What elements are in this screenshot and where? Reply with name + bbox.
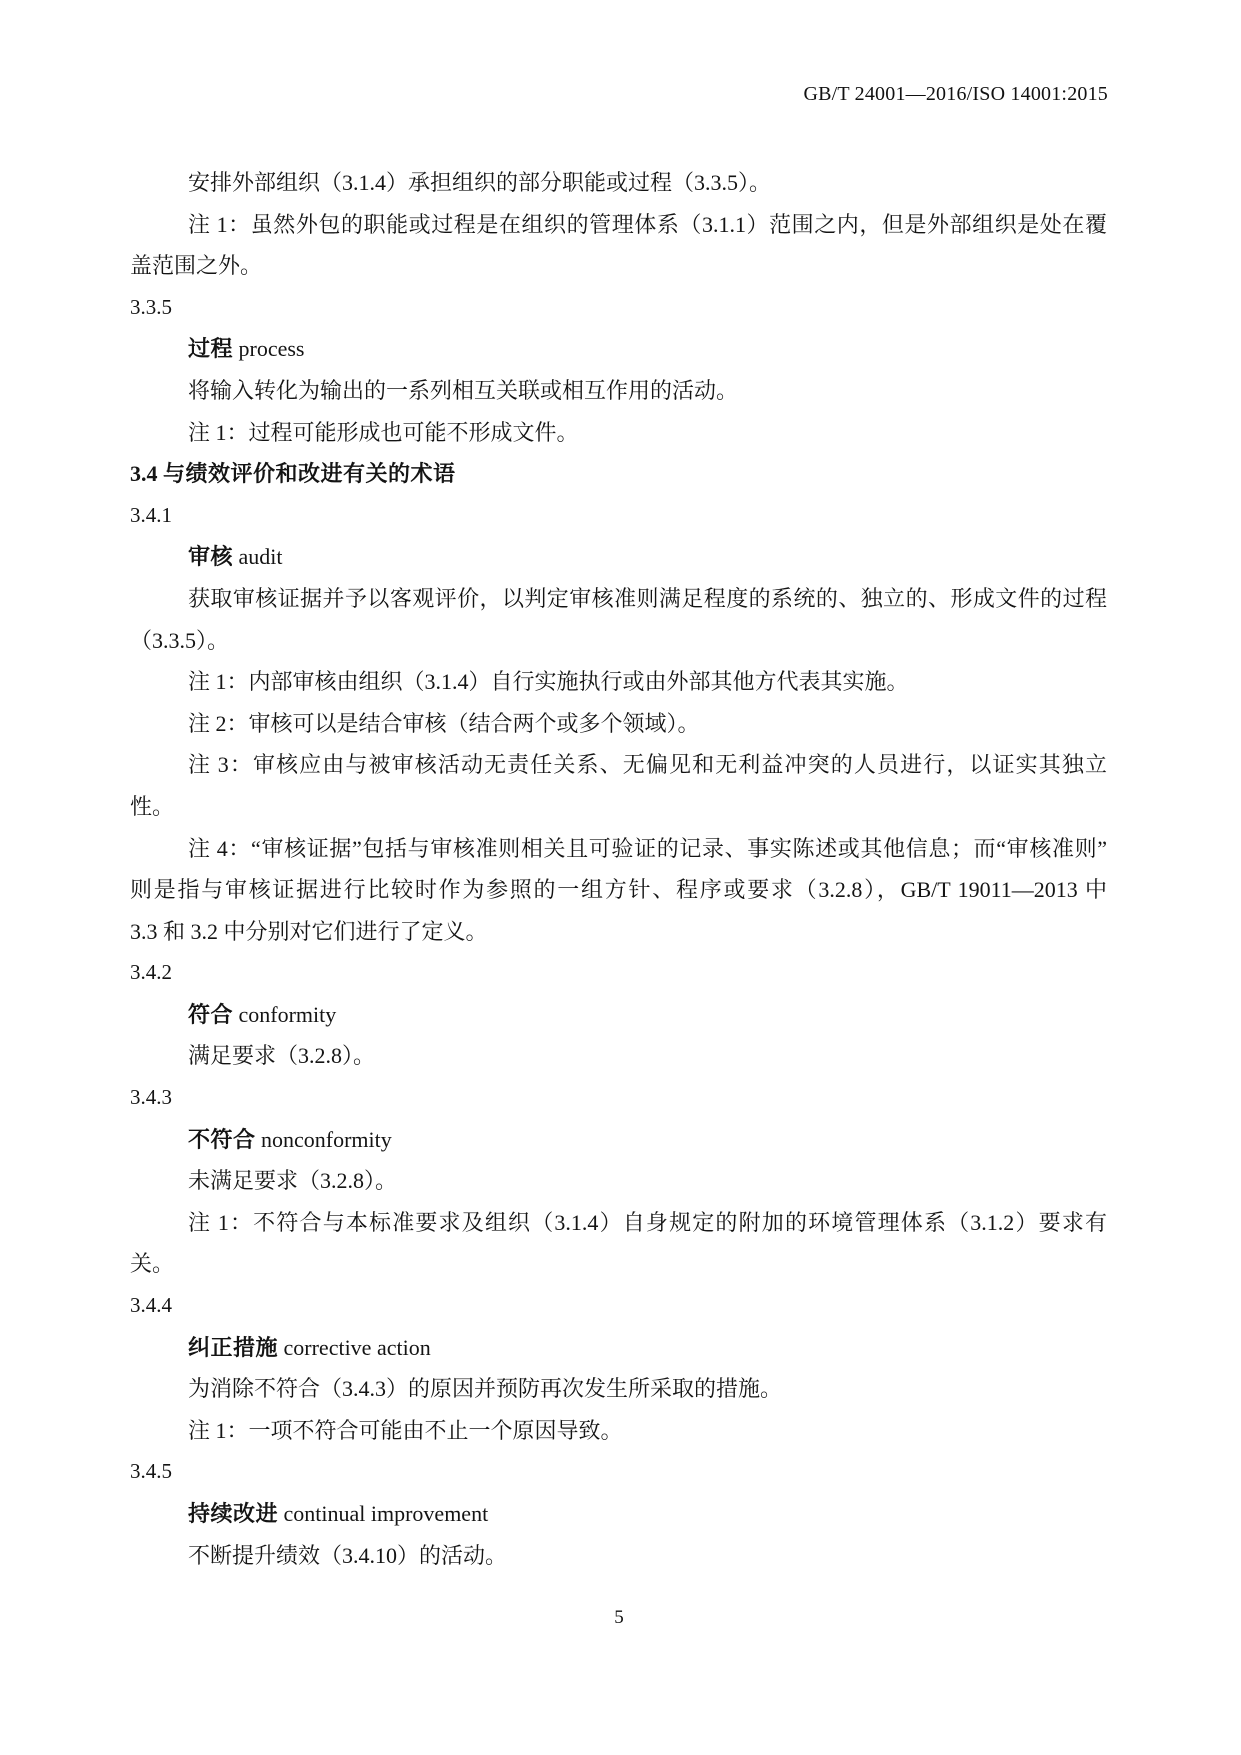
term-definition-line: 符合 conformity [130, 994, 1107, 1036]
term-definition-line: 过程 process [130, 328, 1107, 370]
term-english: conformity [239, 1002, 337, 1027]
term-english: nonconformity [261, 1127, 392, 1152]
note-line-continuation: 3.3 和 3.2 中分别对它们进行了定义。 [130, 911, 1107, 953]
term-chinese: 不符合 [188, 1127, 256, 1152]
note-line: 注 1：内部审核由组织（3.1.4）自行实施执行或由外部其他方代表其实施。 [130, 661, 1107, 703]
term-english: process [239, 336, 305, 361]
body-line: 获取审核证据并予以客观评价，以判定审核准则满足程度的系统的、独立的、形成文件的过… [130, 578, 1107, 620]
clause-number: 3.4.5 [130, 1451, 1107, 1493]
term-chinese: 符合 [188, 1002, 233, 1027]
note-line: 注 1：虽然外包的职能或过程是在组织的管理体系（3.1.1）范围之内，但是外部组… [130, 204, 1107, 246]
clause-number: 3.3.5 [130, 287, 1107, 329]
term-english: audit [239, 544, 283, 569]
note-line-continuation: 性。 [130, 786, 1107, 828]
section-heading: 3.4 与绩效评价和改进有关的术语 [130, 453, 1107, 495]
document-page: GB/T 24001—2016/ISO 14001:2015 安排外部组织（3.… [0, 0, 1241, 1755]
term-chinese: 审核 [188, 544, 233, 569]
clause-number: 3.4.2 [130, 952, 1107, 994]
term-chinese: 纠正措施 [188, 1335, 278, 1360]
section-heading-number: 3.4 [130, 461, 158, 486]
clause-number: 3.4.1 [130, 495, 1107, 537]
note-line: 注 1：不符合与本标准要求及组织（3.1.4）自身规定的附加的环境管理体系（3.… [130, 1202, 1107, 1244]
body-line: 未满足要求（3.2.8）。 [130, 1160, 1107, 1202]
body-line: 满足要求（3.2.8）。 [130, 1035, 1107, 1077]
body-line-continuation: （3.3.5）。 [130, 620, 1107, 662]
note-line: 注 2：审核可以是结合审核（结合两个或多个领域）。 [130, 703, 1107, 745]
term-definition-line: 纠正措施 corrective action [130, 1327, 1107, 1369]
note-line: 注 4：“审核证据”包括与审核准则相关且可验证的记录、事实陈述或其他信息；而“审… [130, 828, 1107, 870]
term-definition-line: 不符合 nonconformity [130, 1119, 1107, 1161]
term-chinese: 过程 [188, 336, 233, 361]
section-heading-title: 与绩效评价和改进有关的术语 [163, 461, 456, 486]
clause-number: 3.4.4 [130, 1285, 1107, 1327]
body-line: 为消除不符合（3.4.3）的原因并预防再次发生所采取的措施。 [130, 1368, 1107, 1410]
note-line: 注 3：审核应由与被审核活动无责任关系、无偏见和无利益冲突的人员进行，以证实其独… [130, 744, 1107, 786]
document-body: 安排外部组织（3.1.4）承担组织的部分职能或过程（3.3.5）。 注 1：虽然… [130, 162, 1107, 1576]
note-line-continuation: 则是指与审核证据进行比较时作为参照的一组方针、程序或要求（3.2.8），GB/T… [130, 869, 1107, 911]
term-english: continual improvement [284, 1501, 489, 1526]
standard-number-header: GB/T 24001—2016/ISO 14001:2015 [130, 80, 1108, 108]
term-definition-line: 审核 audit [130, 536, 1107, 578]
term-definition-line: 持续改进 continual improvement [130, 1493, 1107, 1535]
body-line: 安排外部组织（3.1.4）承担组织的部分职能或过程（3.3.5）。 [130, 162, 1107, 204]
note-line: 注 1：一项不符合可能由不止一个原因导致。 [130, 1410, 1107, 1452]
body-line: 不断提升绩效（3.4.10）的活动。 [130, 1535, 1107, 1577]
clause-number: 3.4.3 [130, 1077, 1107, 1119]
page-number: 5 [130, 1603, 1108, 1633]
body-line: 将输入转化为输出的一系列相互关联或相互作用的活动。 [130, 370, 1107, 412]
term-chinese: 持续改进 [188, 1501, 278, 1526]
note-line: 注 1：过程可能形成也可能不形成文件。 [130, 412, 1107, 454]
term-english: corrective action [284, 1335, 431, 1360]
note-line-continuation: 盖范围之外。 [130, 245, 1107, 287]
note-line-continuation: 关。 [130, 1243, 1107, 1285]
